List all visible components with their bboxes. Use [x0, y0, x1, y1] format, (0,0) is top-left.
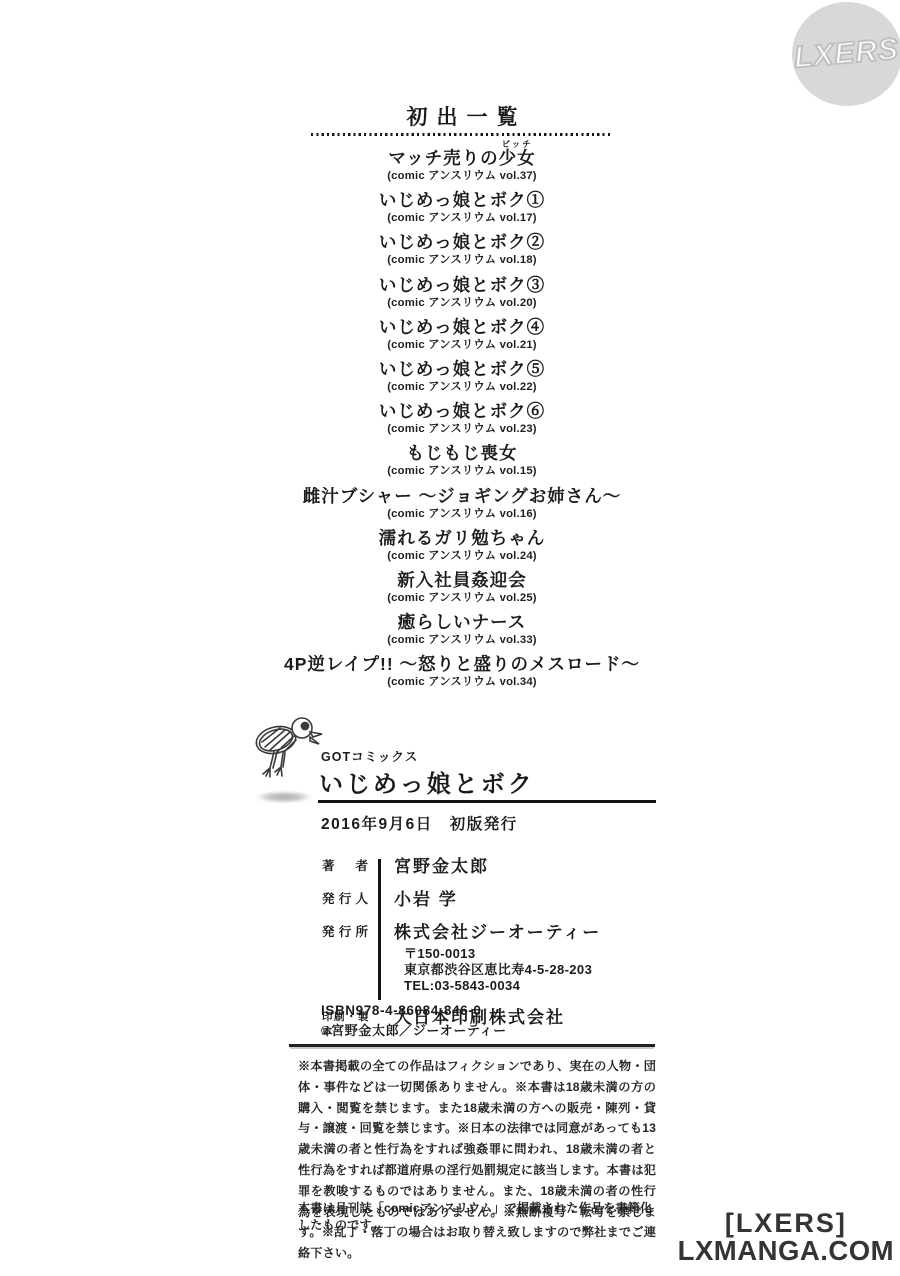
credit-details: 〒150-0013東京都渋谷区恵比寿4-5-28-203TEL:03-5843-… [404, 946, 601, 995]
title-underline [318, 800, 656, 803]
bird-doodle-icon [250, 710, 328, 794]
first-publication-list: マッチ売りのビッチ少女 (comic アンスリウム vol.37) いじめっ娘と… [162, 147, 762, 695]
first-publication-list-title: 初出一覧 [212, 101, 712, 131]
credit-row: 発行所 株式会社ジーオーティー 〒150-0013東京都渋谷区恵比寿4-5-28… [322, 918, 658, 995]
credit-label: 発行所 [322, 918, 368, 940]
credit-value: 株式会社ジーオーティー [394, 923, 601, 942]
colophon-page: LXERS 初出一覧 マッチ売りのビッチ少女 (comic アンスリウム vol… [0, 0, 900, 1276]
entry-source: (comic アンスリウム vol.17) [162, 211, 762, 225]
entry-source: (comic アンスリウム vol.15) [162, 464, 762, 478]
bird-shadow [256, 791, 312, 803]
entry-source: (comic アンスリウム vol.22) [162, 380, 762, 394]
entry-title: いじめっ娘とボク② [162, 231, 762, 253]
index-entry: いじめっ娘とボク① (comic アンスリウム vol.17) [162, 189, 762, 231]
index-entry: 雌汁ブシャー ～ジョギングお姉さん～ (comic アンスリウム vol.16) [162, 485, 762, 527]
site-watermark-url: LXMANGA.COM [678, 1237, 894, 1266]
credit-label: 著者 [322, 852, 368, 874]
index-entry: いじめっ娘とボク③ (comic アンスリウム vol.20) [162, 274, 762, 316]
credit-value: 宮野金太郎 [394, 857, 489, 876]
index-entry: 新入社員姦迎会 (comic アンスリウム vol.25) [162, 569, 762, 611]
credit-row: 著者 宮野金太郎 [322, 852, 658, 877]
entry-source: (comic アンスリウム vol.34) [162, 675, 762, 689]
index-entry: マッチ売りのビッチ少女 (comic アンスリウム vol.37) [162, 147, 762, 189]
entry-title: 雌汁ブシャー ～ジョギングお姉さん～ [162, 485, 762, 507]
entry-source: (comic アンスリウム vol.18) [162, 253, 762, 267]
entry-source: (comic アンスリウム vol.21) [162, 338, 762, 352]
imprint-label: GOTコミックス [321, 747, 418, 765]
entry-title: 4P逆レイプ!! ～怒りと盛りのメスロード～ [162, 653, 762, 675]
index-entry: もじもじ喪女 (comic アンスリウム vol.15) [162, 442, 762, 484]
lxers-badge: LXERS [792, 2, 900, 106]
site-watermark: [LXERS] LXMANGA.COM [678, 1209, 894, 1266]
entry-title: いじめっ娘とボク③ [162, 274, 762, 296]
index-entry: いじめっ娘とボク⑤ (comic アンスリウム vol.22) [162, 358, 762, 400]
entry-title: いじめっ娘とボク① [162, 189, 762, 211]
entry-title: いじめっ娘とボク④ [162, 316, 762, 338]
entry-source: (comic アンスリウム vol.23) [162, 422, 762, 436]
dotted-divider [311, 133, 613, 136]
entry-source: (comic アンスリウム vol.33) [162, 633, 762, 647]
isbn: ISBN978-4-86084-846-0 [321, 1003, 481, 1018]
site-watermark-name: [LXERS] [678, 1209, 894, 1237]
magazine-note: 本書は月刊誌「comicアンスリウム」で掲載された作品を書籍化したものです。 [298, 1199, 658, 1233]
entry-title: 癒らしいナース [162, 611, 762, 633]
entry-title: 濡れるガリ勉ちゃん [162, 527, 762, 549]
book-title: いじめっ娘とボク [319, 764, 535, 799]
credit-row: 発行人 小岩 学 [322, 885, 658, 910]
entry-title: マッチ売りのビッチ少女 [162, 147, 762, 169]
entry-title: いじめっ娘とボク⑥ [162, 400, 762, 422]
entry-title: もじもじ喪女 [162, 442, 762, 464]
entry-source: (comic アンスリウム vol.37) [162, 169, 762, 183]
section-divider [289, 1044, 655, 1047]
entry-source: (comic アンスリウム vol.24) [162, 549, 762, 563]
index-entry: 濡れるガリ勉ちゃん (comic アンスリウム vol.24) [162, 527, 762, 569]
index-entry: 4P逆レイプ!! ～怒りと盛りのメスロード～ (comic アンスリウム vol… [162, 653, 762, 695]
lxers-badge-label: LXERS [793, 32, 900, 75]
entry-source: (comic アンスリウム vol.16) [162, 507, 762, 521]
index-entry: いじめっ娘とボク② (comic アンスリウム vol.18) [162, 231, 762, 273]
index-entry: いじめっ娘とボク⑥ (comic アンスリウム vol.23) [162, 400, 762, 442]
credit-value: 小岩 学 [394, 890, 458, 909]
copyright: ©宮野金太郎／ジーオーティー [321, 1020, 507, 1039]
index-entry: いじめっ娘とボク④ (comic アンスリウム vol.21) [162, 316, 762, 358]
entry-source: (comic アンスリウム vol.20) [162, 296, 762, 310]
entry-title: 新入社員姦迎会 [162, 569, 762, 591]
edition-date: 2016年9月6日 初版発行 [321, 812, 518, 834]
entry-source: (comic アンスリウム vol.25) [162, 591, 762, 605]
entry-title: いじめっ娘とボク⑤ [162, 358, 762, 380]
index-entry: 癒らしいナース (comic アンスリウム vol.33) [162, 611, 762, 653]
credit-label: 発行人 [322, 885, 368, 907]
